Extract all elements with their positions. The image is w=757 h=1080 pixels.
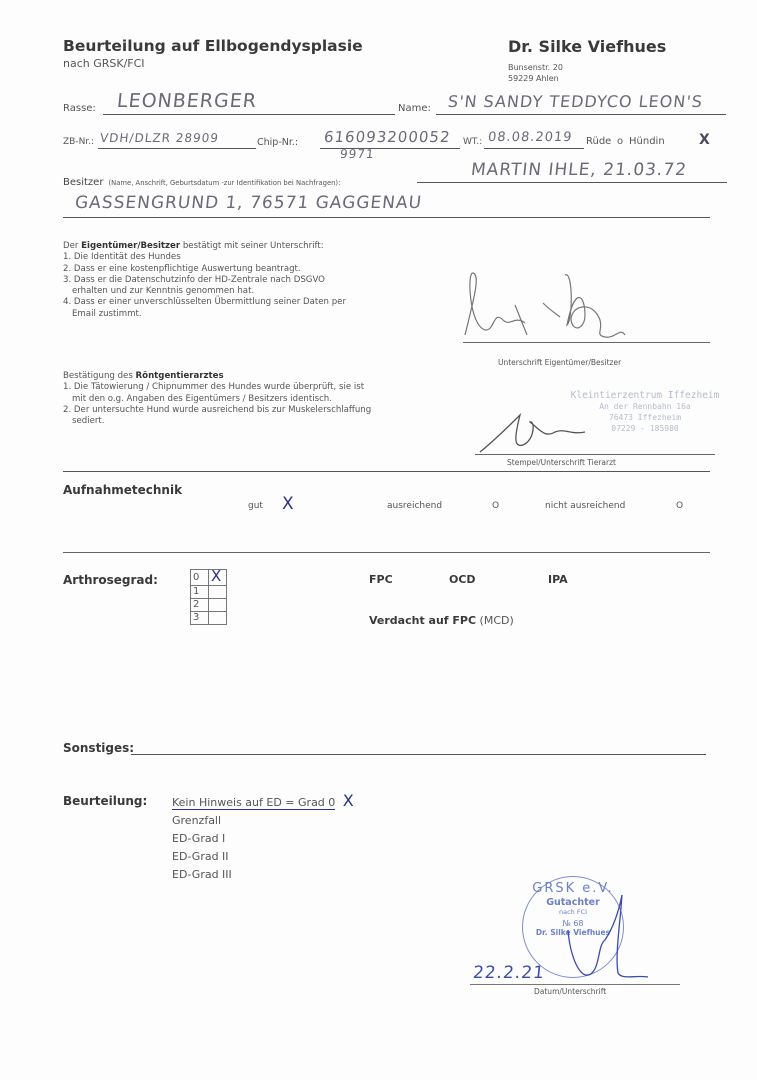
vet-item: 1. Die Tätowierung / Chipnummer des Hund…: [63, 382, 483, 393]
wt-value: 08.08.2019: [487, 130, 573, 145]
arthrosegrad-table: 0X 1 2 3: [190, 569, 227, 625]
vet-item: mit den o.g. Angaben des Eigentümers / B…: [63, 394, 483, 405]
ruede-radio[interactable]: o: [617, 136, 623, 147]
rasse-field[interactable]: LEONBERGER: [103, 90, 395, 115]
vet-signature[interactable]: [475, 410, 595, 455]
finding-ocd[interactable]: OCD: [449, 573, 476, 586]
zb-field[interactable]: VDH/DLZR 28909: [98, 128, 256, 149]
grade-cell: 3: [191, 612, 209, 625]
besitzer-label: Besitzer: [63, 177, 103, 188]
divider: [63, 471, 710, 472]
grade-check-cell[interactable]: [209, 599, 227, 612]
zb-value: VDH/DLZR 28909: [99, 131, 219, 145]
form-title: Beurteilung auf Ellbogendysplasie: [63, 37, 363, 55]
owner-signature-caption: Unterschrift Eigentümer/Besitzer: [498, 358, 621, 367]
owner-item: 4. Dass er einer unverschlüsselten Überm…: [63, 297, 463, 308]
gutachter-date: 22.2.21: [472, 963, 546, 983]
vet-address: Bunsenstr. 20 59229 Ahlen: [508, 62, 563, 84]
finding-fpc[interactable]: FPC: [369, 573, 393, 586]
besitzer-address-value: GASSENGRUND 1, 76571 GAGGENAU: [74, 193, 423, 213]
gutachter-signature-line: [470, 984, 680, 985]
besitzer-hint: (Name, Anschrift, Geburtsdatum -zur Iden…: [109, 179, 341, 187]
gutachter-signature[interactable]: [560, 885, 650, 985]
rasse-label: Rasse:: [63, 103, 96, 114]
form-subtitle: nach GRSK/FCI: [63, 57, 145, 70]
grade-row: 1: [191, 586, 227, 599]
gutachter-signature-caption: Datum/Unterschrift: [534, 987, 606, 996]
rasse-value: LEONBERGER: [116, 90, 258, 112]
vet-name: Dr. Silke Viefhues: [508, 37, 666, 56]
beurteilung-option-grenzfall[interactable]: Grenzfall: [172, 812, 354, 830]
option-gut-check-icon[interactable]: X: [282, 494, 294, 514]
wt-field[interactable]: 08.08.2019: [484, 128, 584, 149]
owner-item: erhalten und zur Kenntnis genommen hat.: [63, 286, 463, 297]
chip-label: Chip-Nr.:: [257, 137, 298, 148]
vet-item: sediert.: [63, 416, 483, 427]
owner-confirmation-intro: Der Eigentümer/Besitzer bestätigt mit se…: [63, 241, 463, 252]
beurteilung-options: Kein Hinweis auf ED = Grad 0 X Grenzfall…: [172, 792, 354, 884]
owner-item: 1. Die Identität des Hundes: [63, 252, 463, 263]
grade-check-cell[interactable]: [209, 586, 227, 599]
beurteilung-check-icon: X: [343, 791, 354, 810]
chip-value: 616093200052: [323, 128, 451, 146]
name-field[interactable]: S'N SANDY TEDDYCO LEON'S: [436, 90, 726, 115]
sonstiges-field[interactable]: [131, 740, 706, 755]
chip-value-line2: 9971: [339, 147, 375, 161]
besitzer-heading: Besitzer (Name, Anschrift, Geburtsdatum …: [63, 170, 340, 189]
owner-item: 2. Dass er eine kostenpflichtige Auswert…: [63, 264, 463, 275]
divider: [63, 552, 710, 553]
name-label: Name:: [398, 103, 431, 114]
ruede-label[interactable]: Rüde: [586, 136, 611, 147]
vet-street: Bunsenstr. 20: [508, 62, 563, 73]
option-ausreichend-label[interactable]: ausreichend: [387, 501, 442, 511]
owner-signature[interactable]: [455, 265, 675, 345]
vet-confirmation-intro: Bestätigung des Röntgentierarztes: [63, 371, 483, 382]
zb-label: ZB-Nr.:: [63, 137, 94, 147]
owner-item: Email zustimmt.: [63, 309, 463, 320]
vet-signature-line: [475, 454, 715, 455]
grade-cell: 2: [191, 599, 209, 612]
beurteilung-option-ed-3[interactable]: ED-Grad III: [172, 866, 354, 884]
vet-city: 59229 Ahlen: [508, 73, 563, 84]
vet-item: 2. Der untersuchte Hund wurde ausreichen…: [63, 405, 483, 416]
besitzer-address-field[interactable]: GASSENGRUND 1, 76571 GAGGENAU: [63, 193, 710, 218]
sonstiges-label: Sonstiges:: [63, 741, 134, 755]
besitzer-field[interactable]: MARTIN IHLE, 21.03.72: [417, 160, 727, 183]
grade-cell: 1: [191, 586, 209, 599]
huendin-check-icon[interactable]: X: [699, 132, 710, 148]
beurteilung-option-grad-0[interactable]: Kein Hinweis auf ED = Grad 0 X: [172, 792, 354, 812]
vet-confirmation: Bestätigung des Röntgentierarztes 1. Die…: [63, 371, 483, 427]
option-nicht-ausreichend-radio[interactable]: O: [676, 501, 683, 511]
owner-signature-line: [463, 342, 710, 343]
huendin-label[interactable]: Hündin: [629, 136, 665, 147]
arthrosegrad-label: Arthrosegrad:: [63, 573, 158, 587]
option-nicht-ausreichend-label[interactable]: nicht ausreichend: [545, 501, 625, 511]
chip-field[interactable]: 616093200052: [320, 126, 460, 149]
grade-row: 3: [191, 612, 227, 625]
aufnahmetechnik-label: Aufnahmetechnik: [63, 483, 182, 497]
beurteilung-option-ed-2[interactable]: ED-Grad II: [172, 848, 354, 866]
besitzer-value: MARTIN IHLE, 21.03.72: [470, 160, 688, 180]
finding-ipa[interactable]: IPA: [548, 573, 568, 586]
owner-item: 3. Dass er die Datenschutzinfo der HD-Ze…: [63, 275, 463, 286]
grade-cell: 0: [191, 570, 209, 586]
grade-row: 2: [191, 599, 227, 612]
option-gut-label[interactable]: gut: [248, 501, 263, 511]
beurteilung-label: Beurteilung:: [63, 794, 147, 808]
suspicion-fpc[interactable]: Verdacht auf FPC (MCD): [369, 609, 514, 628]
beurteilung-option-ed-1[interactable]: ED-Grad I: [172, 830, 354, 848]
option-ausreichend-radio[interactable]: O: [492, 501, 499, 511]
name-value: S'N SANDY TEDDYCO LEON'S: [447, 92, 704, 111]
grade-check-cell[interactable]: [209, 612, 227, 625]
grade-row: 0X: [191, 570, 227, 586]
owner-confirmation: Der Eigentümer/Besitzer bestätigt mit se…: [63, 241, 463, 320]
wt-label: WT.:: [463, 137, 482, 147]
vet-signature-caption: Stempel/Unterschrift Tierarzt: [507, 458, 616, 467]
grade-check-icon: X: [211, 567, 221, 585]
grade-check-cell[interactable]: X: [209, 570, 227, 586]
